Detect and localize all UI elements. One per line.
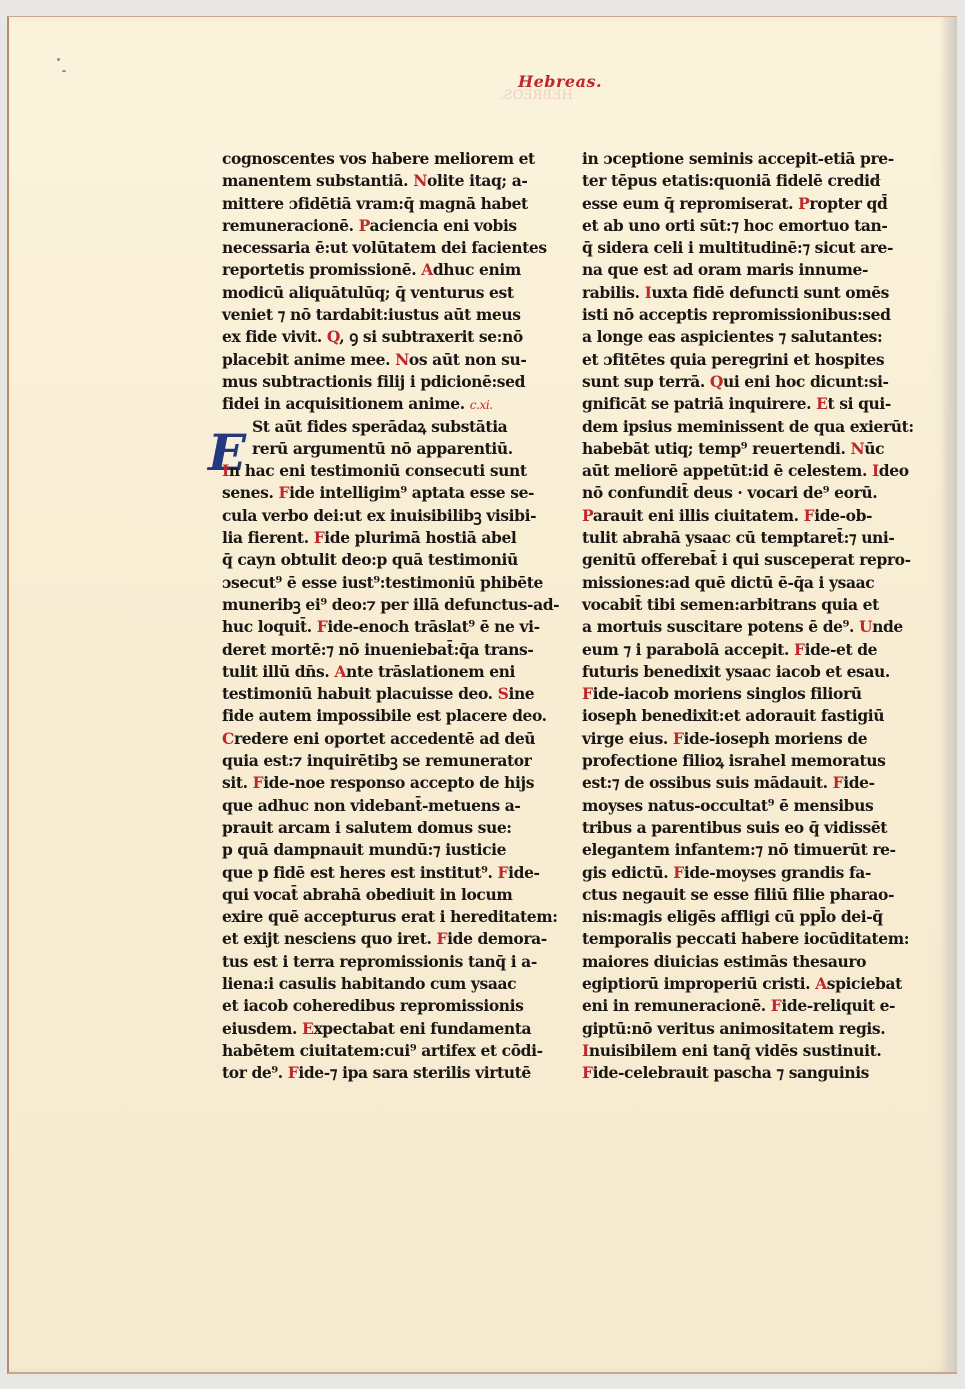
text-line: cognoscentes vos habere meliorem et bbox=[222, 148, 514, 170]
text-line: deret mortē:⁊ nō inueniebat̄:q̄a trans- bbox=[222, 639, 514, 661]
text-line: in ɔceptione seminis accepit-etiā pre- bbox=[582, 148, 878, 170]
text-line: veniet ⁊ nō tardabit:iustus aūt meus bbox=[222, 304, 514, 326]
text-line: exire quē accepturus erat i hereditatem: bbox=[222, 906, 514, 928]
text-line: qui vocat̄ abrahā obediuit in locum bbox=[222, 884, 514, 906]
text-line: isti nō acceptis repromissionibus:sed bbox=[582, 304, 878, 326]
text-line: elegantem infantem:⁊ nō timuerūt re- bbox=[582, 839, 878, 861]
text-line: esse eum q̄ repromiserat. Propter qd̄ bbox=[582, 193, 878, 215]
ink-speck bbox=[57, 58, 60, 61]
text-line: cula verbo dei:ut ex inuisibilibꝫ visibi… bbox=[222, 505, 514, 527]
text-line: Inuisibilem eni tanq̄ vidēs sustinuit. bbox=[582, 1040, 878, 1062]
text-line: futuris benedixit ysaac iacob et esau. bbox=[582, 661, 878, 683]
text-line: lia fierent. Fide plurimā hostiā abel bbox=[222, 527, 514, 549]
text-line: tulit abrahā ysaac cū temptaret̄:⁊ uni- bbox=[582, 527, 878, 549]
text-line: temporalis peccati habere iocūditatem: bbox=[582, 928, 878, 950]
text-line: prauit arcam i salutem domus sue: bbox=[222, 817, 514, 839]
text-line: eum ⁊ i parabolā accepit. Fide-et de bbox=[582, 639, 878, 661]
text-line: remuneracionē. Paciencia eni vobis bbox=[222, 215, 514, 237]
text-line: liena:i casulis habitando cum ysaac bbox=[222, 973, 514, 995]
text-line: moyses natus-occultat⁹ ē mensibus bbox=[582, 795, 878, 817]
text-line: mittere ɔfidētiā vram:q̄ magnā habet bbox=[222, 193, 514, 215]
text-line: ex fide vivit. Q, ꝯ si subtraxerit se:nō bbox=[222, 326, 514, 348]
text-line: sunt sup terrā. Qui eni hoc dicunt:si- bbox=[582, 371, 878, 393]
text-column-left: cognoscentes vos habere meliorem et mane… bbox=[222, 148, 514, 1084]
text-line: Parauit eni illis ciuitatem. Fide-ob- bbox=[582, 505, 878, 527]
text-line: p quā dampnauit mundū:⁊ iusticie bbox=[222, 839, 514, 861]
text-line: tus est i terra repromissionis tanq̄ i a… bbox=[222, 951, 514, 973]
text-line: a longe eas aspicientes ⁊ salutantes: bbox=[582, 326, 878, 348]
text-line: modicū aliquātulūq; q̄ venturus est bbox=[222, 282, 514, 304]
text-line: et ɔfitētes quia peregrini et hospites bbox=[582, 349, 878, 371]
chapter-marker: c.xi. bbox=[470, 398, 493, 412]
text-line: In hac eni testimoniū consecuti sunt bbox=[222, 460, 514, 482]
text-line: na que est ad oram maris innume- bbox=[582, 259, 878, 281]
text-column-right: in ɔceptione seminis accepit-etiā pre- t… bbox=[582, 148, 878, 1084]
text-line: habebāt utiq; temp⁹ reuertendi. Nūc bbox=[582, 438, 878, 460]
text-line: habētem ciuitatem:cui⁹ artifex et cōdi- bbox=[222, 1040, 514, 1062]
text-line: genitū offerebat̄ i qui susceperat repro… bbox=[582, 549, 878, 571]
text-line: muneribꝫ ei⁹ deo:⁊ per illā defunctus-ad… bbox=[222, 594, 514, 616]
text-line: rerū argumentū nō apparentiū. bbox=[222, 438, 514, 460]
text-line: tulit illū dn̄s. Ante trāslationem eni bbox=[222, 661, 514, 683]
text-line: aūt meliorē appetūt:id ē celestem. Ideo bbox=[582, 460, 878, 482]
text-line: testimoniū habuit placuisse deo. Sine bbox=[222, 683, 514, 705]
text-line: reportetis promissionē. Adhuc enim bbox=[222, 259, 514, 281]
text-line: eni in remuneracionē. Fide-reliquit e- bbox=[582, 995, 878, 1017]
text-line: senes. Fide intelligim⁹ aptata esse se- bbox=[222, 482, 514, 504]
text-line: est:⁊ de ossibus suis mādauit. Fide- bbox=[582, 772, 878, 794]
text-line: huc loquit̄. Fide-enoch trāslat⁹ ē ne vi… bbox=[222, 616, 514, 638]
text-line: et exijt nesciens quo iret. Fide demora- bbox=[222, 928, 514, 950]
text-line: que adhuc non videbant̄-metuens a- bbox=[222, 795, 514, 817]
text-line: St aūt fides sperādaꝝ substātia bbox=[222, 416, 514, 438]
text-line: nō confundit̄ deus · vocari de⁹ eorū. bbox=[582, 482, 878, 504]
text-line: ɔsecut⁹ ē esse iust⁹:testimoniū phibēte bbox=[222, 572, 514, 594]
text-line: dem ipsius meminissent de qua exierūt: bbox=[582, 416, 878, 438]
text-line: profectione filioꝝ israhel memoratus bbox=[582, 750, 878, 772]
ink-speck bbox=[62, 70, 66, 72]
text-line: quia est:⁊ inquirētibꝫ se remunerator bbox=[222, 750, 514, 772]
text-line: a mortuis suscitare potens ē de⁹. Unde bbox=[582, 616, 878, 638]
text-line: egiptiorū improperiū cristi. Aspiciebat bbox=[582, 973, 878, 995]
text-line: eiusdem. Expectabat eni fundamenta bbox=[222, 1018, 514, 1040]
text-line: sit. Fide-noe responso accepto de hijs bbox=[222, 772, 514, 794]
gutter-shadow bbox=[941, 17, 957, 1372]
text-fragment: fidei in acquisitionem anime. bbox=[222, 394, 465, 413]
text-line: tribus a parentibus suis eo q̄ vidissēt bbox=[582, 817, 878, 839]
text-line: rabilis. Iuxta fidē defuncti sunt omēs bbox=[582, 282, 878, 304]
text-line: que p fidē est heres est institut⁹. Fide… bbox=[222, 862, 514, 884]
text-line: gis edictū. Fide-moyses grandis fa- bbox=[582, 862, 878, 884]
running-head: Hebreas. bbox=[518, 72, 602, 91]
text-line: fide autem impossibile est placere deo. bbox=[222, 705, 514, 727]
text-line: q̄ sidera celi i multitudinē:⁊ sicut are… bbox=[582, 237, 878, 259]
text-line: missiones:ad quē dictū ē-q̄a i ysaac bbox=[582, 572, 878, 594]
text-line: mus subtractionis filij i pdicionē:sed bbox=[222, 371, 514, 393]
text-line: fidei in acquisitionem anime. c.xi. bbox=[222, 393, 514, 415]
text-line: placebit anime mee. Nos aūt non su- bbox=[222, 349, 514, 371]
text-line: virge eius. Fide-ioseph moriens de bbox=[582, 728, 878, 750]
text-line: et iacob coheredibus repromissionis bbox=[222, 995, 514, 1017]
text-line: nis:magis eligēs affligi cū ppl̄o dei-q̄ bbox=[582, 906, 878, 928]
text-line: ter tēpus etatis:quoniā fidelē credid bbox=[582, 170, 878, 192]
text-line: q̄ cayn obtulit deo:p quā testimoniū bbox=[222, 549, 514, 571]
text-line: Credere eni oportet accedentē ad deū bbox=[222, 728, 514, 750]
text-line: giptū:nō veritus animositatem regis. bbox=[582, 1018, 878, 1040]
text-line: gnificāt se patriā inquirere. Et si qui- bbox=[582, 393, 878, 415]
margin-mark: ⌐ bbox=[872, 173, 882, 187]
text-line: manentem substantiā. Nolite itaq; a- bbox=[222, 170, 514, 192]
text-line: Fide-iacob moriens singlos filiorū bbox=[582, 683, 878, 705]
text-line: ioseph benedixit:et adorauit fastigiū bbox=[582, 705, 878, 727]
text-line: et ab uno orti sūt:⁊ hoc emortuo tan- bbox=[582, 215, 878, 237]
text-line: maiores diuicias estimās thesauro bbox=[582, 951, 878, 973]
text-line: vocabit̄ tibi semen:arbitrans quia et bbox=[582, 594, 878, 616]
text-line: tor de⁹. Fide-⁊ ipa sara sterilis virtut… bbox=[222, 1062, 514, 1084]
text-line: ctus negauit se esse filiū filie pharao- bbox=[582, 884, 878, 906]
text-line: Fide-celebrauit pascha ⁊ sanguinis bbox=[582, 1062, 878, 1084]
text-line: necessaria ē:ut volūtatem dei facientes bbox=[222, 237, 514, 259]
